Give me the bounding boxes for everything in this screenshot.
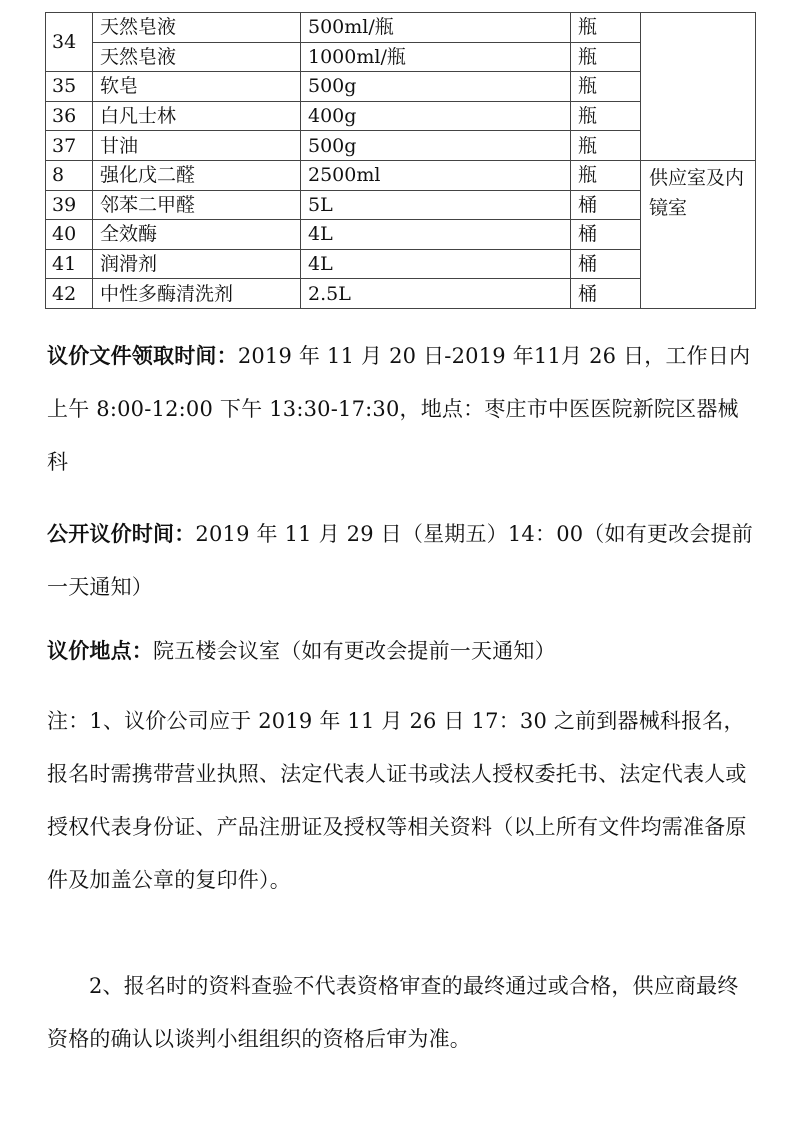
item-name: 润滑剂 xyxy=(93,249,301,279)
item-unit: 瓶 xyxy=(571,42,641,72)
item-number: 36 xyxy=(46,101,93,131)
item-unit: 瓶 xyxy=(571,13,641,43)
item-number: 34 xyxy=(46,13,93,72)
item-number: 8 xyxy=(46,160,93,190)
public-time-label: 公开议价时间： xyxy=(47,522,195,546)
item-unit: 瓶 xyxy=(571,101,641,131)
item-spec: 5L xyxy=(301,190,571,220)
note-2-paragraph: 2、报名时的资料查验不代表资格审查的最终通过或合格，供应商最终资格的确认以谈判小… xyxy=(47,960,759,1066)
table-row: 34 天然皂液 500ml/瓶 瓶 xyxy=(46,13,756,43)
item-name: 天然皂液 xyxy=(93,13,301,43)
item-spec: 500ml/瓶 xyxy=(301,13,571,43)
item-unit: 瓶 xyxy=(571,131,641,161)
item-unit: 瓶 xyxy=(571,160,641,190)
item-unit: 瓶 xyxy=(571,72,641,102)
item-spec: 2.5L xyxy=(301,279,571,309)
pickup-time-paragraph: 议价文件领取时间：2019 年 11 月 20 日-2019 年11月 26 日… xyxy=(47,330,759,489)
item-spec: 400g xyxy=(301,101,571,131)
item-number: 41 xyxy=(46,249,93,279)
item-unit: 桶 xyxy=(571,249,641,279)
location-paragraph: 议价地点：院五楼会议室（如有更改会提前一天通知） xyxy=(47,625,759,678)
item-name: 软皂 xyxy=(93,72,301,102)
item-name: 邻苯二甲醛 xyxy=(93,190,301,220)
item-number: 39 xyxy=(46,190,93,220)
item-name: 天然皂液 xyxy=(93,42,301,72)
item-name: 甘油 xyxy=(93,131,301,161)
item-spec: 1000ml/瓶 xyxy=(301,42,571,72)
item-unit: 桶 xyxy=(571,190,641,220)
item-name: 白凡士林 xyxy=(93,101,301,131)
item-name: 全效酶 xyxy=(93,220,301,250)
item-name: 中性多酶清洗剂 xyxy=(93,279,301,309)
pickup-time-label: 议价文件领取时间： xyxy=(47,344,238,368)
item-name: 强化戊二醛 xyxy=(93,160,301,190)
item-remark xyxy=(641,13,756,161)
item-remark: 供应室及内镜室 xyxy=(641,160,756,308)
item-unit: 桶 xyxy=(571,279,641,309)
item-number: 42 xyxy=(46,279,93,309)
item-spec: 500g xyxy=(301,72,571,102)
item-unit: 桶 xyxy=(571,220,641,250)
item-number: 37 xyxy=(46,131,93,161)
location-text: 院五楼会议室（如有更改会提前一天通知） xyxy=(153,639,556,663)
item-spec: 2500ml xyxy=(301,160,571,190)
product-table: 34 天然皂液 500ml/瓶 瓶 天然皂液 1000ml/瓶 瓶 35 软皂 … xyxy=(45,12,756,309)
location-label: 议价地点： xyxy=(47,639,153,663)
item-spec: 4L xyxy=(301,249,571,279)
table-row: 8 强化戊二醛 2500ml 瓶 供应室及内镜室 xyxy=(46,160,756,190)
public-time-paragraph: 公开议价时间：2019 年 11 月 29 日（星期五）14：00（如有更改会提… xyxy=(47,508,759,614)
item-number: 35 xyxy=(46,72,93,102)
item-spec: 4L xyxy=(301,220,571,250)
note-1-paragraph: 注：1、议价公司应于 2019 年 11 月 26 日 17：30 之前到器械科… xyxy=(47,695,759,907)
item-number: 40 xyxy=(46,220,93,250)
item-spec: 500g xyxy=(301,131,571,161)
